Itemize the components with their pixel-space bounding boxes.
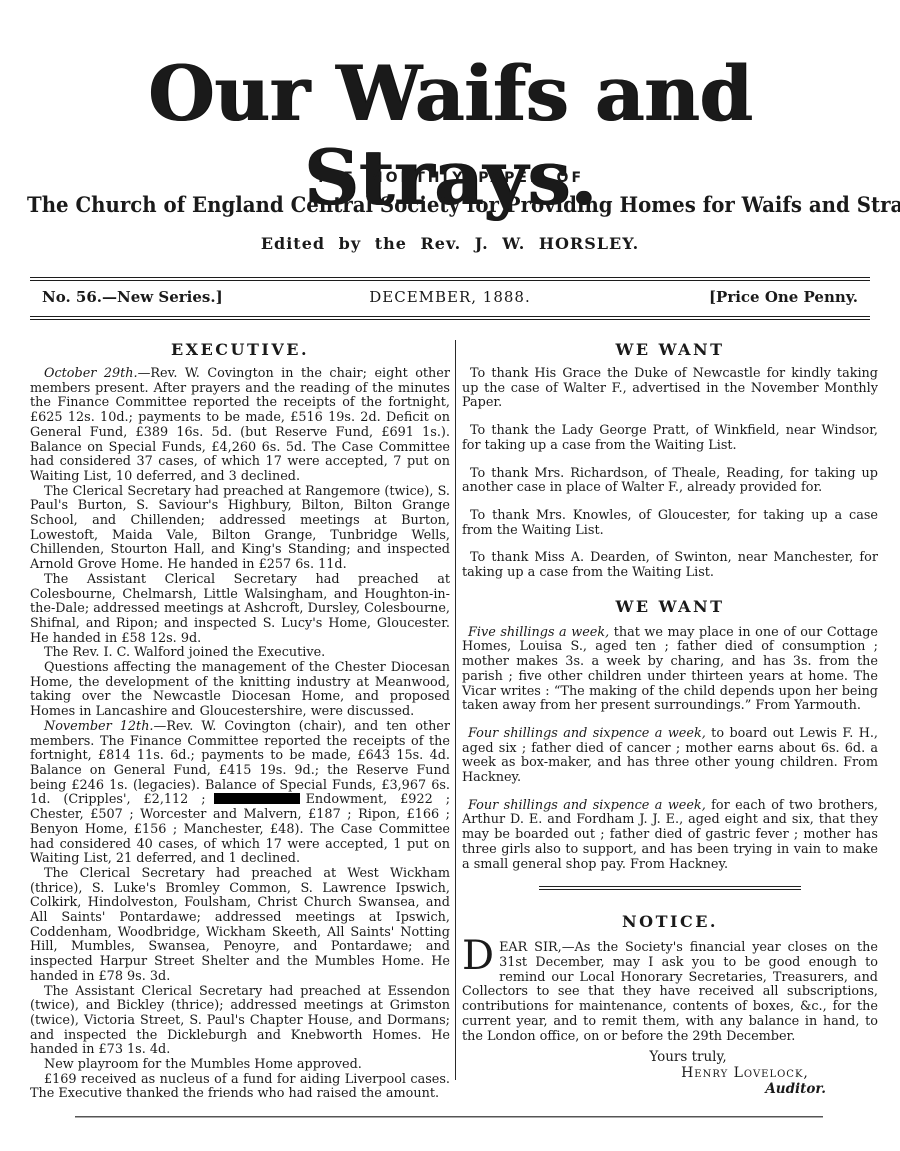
drop-cap: D [462, 941, 499, 971]
page-bottom-rule [75, 1116, 823, 1118]
paragraph-body: £169 received as nucleus of a fund for a… [30, 1072, 450, 1102]
executive-paragraph: £169 received as nucleus of a fund for a… [30, 1073, 450, 1102]
executive-heading: EXECUTIVE. [30, 340, 450, 359]
executive-paragraph: The Clerical Secretary had preached at W… [30, 867, 450, 985]
issue-number: No. 56.—New Series.] [42, 288, 314, 306]
we-want-thanks-section: WE WANT To thank His Grace the Duke of N… [462, 340, 878, 581]
notice-heading: NOTICE. [462, 912, 878, 931]
issue-date: DECEMBER, 1888. [314, 288, 586, 306]
paragraph-body: The Clerical Secretary had preached at R… [30, 484, 450, 573]
executive-paragraph: November 12th.—Rev. W. Covington (chair)… [30, 720, 450, 867]
paragraph-body: —Rev. W. Covington in the chair; eight o… [30, 366, 450, 484]
paragraph-body: The Assistant Clerical Secretary had pre… [30, 572, 450, 646]
appeal-paragraph: Four shillings and sixpence a week, for … [462, 799, 878, 873]
scanned-newspaper-page: { "colors": {"paper": "#ffffff", "ink": … [0, 0, 900, 1151]
paragraph-body: The Rev. I. C. Walford joined the Execut… [44, 645, 325, 660]
thanks-paragraph: To thank the Lady George Pratt, of Winkf… [462, 424, 878, 453]
paragraph-body: Questions affecting the management of th… [30, 660, 450, 719]
masthead-society-line: The Church of England Central Society fo… [27, 192, 873, 217]
right-column: WE WANT To thank His Grace the Duke of N… [462, 340, 878, 1097]
masthead-subtitle: THE MONTHLY PAPER OF [0, 170, 900, 186]
paragraph-body: To thank Miss A. Dearden, of Swinton, ne… [462, 550, 878, 580]
thanks-paragraph: To thank Mrs. Knowles, of Gloucester, fo… [462, 509, 878, 538]
paragraph-body: New playroom for the Mumbles Home approv… [44, 1057, 362, 1072]
newspaper-page: Our Waifs and Strays. THE MONTHLY PAPER … [0, 0, 900, 1151]
executive-section: EXECUTIVE. October 29th.—Rev. W. Covingt… [30, 340, 450, 1102]
dateline-bottom-rule [30, 316, 870, 320]
executive-paragraph: October 29th.—Rev. W. Covington in the c… [30, 367, 450, 485]
appeal-paragraph: Five shillings a week, that we may place… [462, 626, 878, 714]
thanks-paragraph: To thank Mrs. Richardson, of Theale, Rea… [462, 467, 878, 496]
we-want-appeals-section: WE WANT Five shillings a week, that we m… [462, 597, 878, 873]
paragraph-lead: November 12th. [44, 719, 154, 734]
signature-closing: Yours truly, [462, 1049, 878, 1065]
issue-price: [Price One Penny. [586, 288, 858, 306]
paragraph-body: The Assistant Clerical Secretary had pre… [30, 984, 450, 1058]
signature-role: Auditor. [462, 1081, 878, 1097]
executive-paragraph: The Clerical Secretary had preached at R… [30, 485, 450, 573]
section-divider-rule [539, 886, 801, 890]
executive-paragraph: New playroom for the Mumbles Home approv… [30, 1058, 450, 1073]
paragraph-lead: Four shillings and sixpence a week, [468, 798, 706, 813]
we-want-appeals-heading: WE WANT [462, 597, 878, 616]
dateline: No. 56.—New Series.] DECEMBER, 1888. [Pr… [42, 288, 858, 306]
thanks-paragraph: To thank His Grace the Duke of Newcastle… [462, 367, 878, 411]
signature-name: Henry Lovelock, [462, 1065, 878, 1081]
appeal-paragraph: Four shillings and sixpence a week, to b… [462, 727, 878, 786]
paragraph-body: EAR SIR,—As the Society's financial year… [462, 940, 878, 1043]
executive-paragraph: The Assistant Clerical Secretary had pre… [30, 985, 450, 1059]
executive-paragraph: The Assistant Clerical Secretary had pre… [30, 573, 450, 647]
paragraph-body: To thank the Lady George Pratt, of Winkf… [462, 423, 878, 453]
notice-paragraph: DEAR SIR,—As the Society's financial yea… [462, 941, 878, 1044]
dateline-top-rule [30, 277, 870, 281]
thanks-paragraph: To thank Miss A. Dearden, of Swinton, ne… [462, 551, 878, 580]
paragraph-lead: Five shillings a week, [468, 625, 609, 640]
notice-section: NOTICE. DEAR SIR,—As the Society's finan… [462, 912, 878, 1097]
masthead-editor-line: Edited by the Rev. J. W. HORSLEY. [0, 234, 900, 253]
paragraph-body: To thank Mrs. Richardson, of Theale, Rea… [462, 466, 878, 496]
paragraph-body: To thank Mrs. Knowles, of Gloucester, fo… [462, 508, 878, 538]
column-divider [455, 340, 456, 1080]
paragraph-body: The Clerical Secretary had preached at W… [30, 866, 450, 984]
paragraph-lead: October 29th. [44, 366, 138, 381]
redaction-box [214, 793, 300, 804]
paragraph-lead: Four shillings and sixpence a week, [468, 726, 706, 741]
executive-paragraph: The Rev. I. C. Walford joined the Execut… [30, 646, 450, 661]
paragraph-body: To thank His Grace the Duke of Newcastle… [462, 366, 878, 410]
executive-paragraph: Questions affecting the management of th… [30, 661, 450, 720]
we-want-thanks-heading: WE WANT [462, 340, 878, 359]
